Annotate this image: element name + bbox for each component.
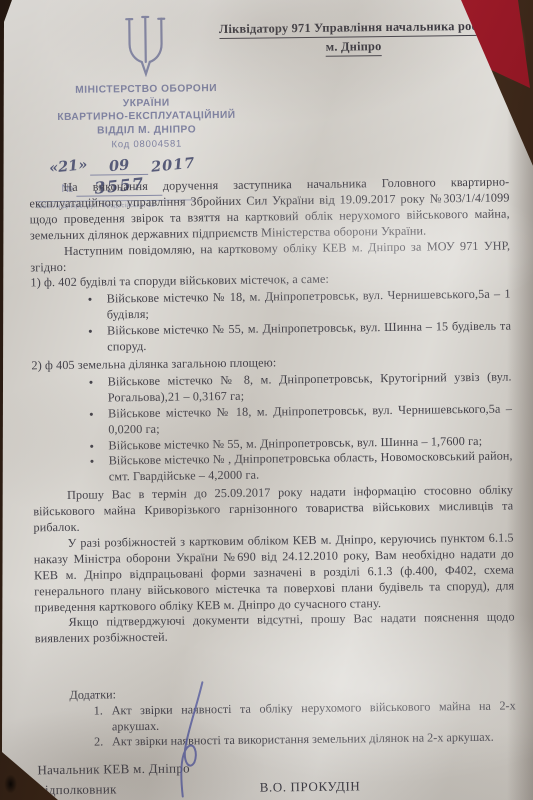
recipient-line-2: м. Дніпро (326, 39, 382, 57)
signer-name: В.О. ПРОКУДІН (260, 776, 361, 797)
org-code: Код 08004581 (31, 138, 263, 152)
recipient-line-1: Ліквідатору 971 Управління начальника ро… (219, 19, 488, 39)
date-day-handwritten: «21» (48, 156, 88, 177)
document-content: МІНІСТЕРСТВО ОБОРОНИ УКРАЇНИ КВАРТИРНО-Е… (0, 0, 533, 800)
attachments-block: Додатки: Акт звірки наявності та обліку … (35, 682, 516, 750)
list-item: Військове містечко № , Дніпропетровська … (33, 449, 513, 487)
body-paragraph-5: Якщо підтверджуючі документи відсутні, п… (35, 610, 515, 648)
body-paragraph-1: На виконання доручення заступника началь… (29, 175, 510, 244)
document-paper: МІНІСТЕРСТВО ОБОРОНИ УКРАЇНИ КВАРТИРНО-Е… (0, 0, 533, 800)
attachments-list: Акт звірки наявності та обліку нерухомог… (36, 699, 517, 751)
section-2-list: Військове містечко № 8, м. Дніпропетровс… (32, 369, 513, 486)
date-month-handwritten: 09 (109, 157, 131, 176)
date-year-handwritten: 2017 (151, 155, 197, 176)
date-line: «21» 09 2017 (31, 156, 263, 177)
signature-block: Начальник КЕВ м. Дніпро підполковник В.О… (37, 755, 507, 800)
list-item: Військове містечко № 55, м. Дніпропетров… (31, 319, 511, 357)
body-paragraph-3: Прошу Вас в термін до 25.09.2017 року на… (33, 483, 514, 537)
section-1-list: Військове містечко № 18, м. Дніпропетров… (31, 287, 512, 356)
ukraine-trident-icon (120, 15, 171, 78)
recipient-block: Ліквідатору 971 Управління начальника ро… (203, 19, 503, 59)
signer-rank: підполковник (38, 781, 117, 797)
org-name-line-3: КВАРТИРНО-ЕКСПЛУАТАЦІЙНИЙ (30, 109, 262, 125)
letter-body: На виконання доручення заступника началь… (29, 175, 515, 648)
org-name-line-4: ВІДДІЛ М. ДНІПРО (31, 122, 263, 138)
handwritten-signature (165, 678, 226, 799)
body-paragraph-4: У разі розбіжностей з картковим обліком … (34, 530, 515, 615)
photo-scene: МІНІСТЕРСТВО ОБОРОНИ УКРАЇНИ КВАРТИРНО-Е… (0, 0, 533, 800)
